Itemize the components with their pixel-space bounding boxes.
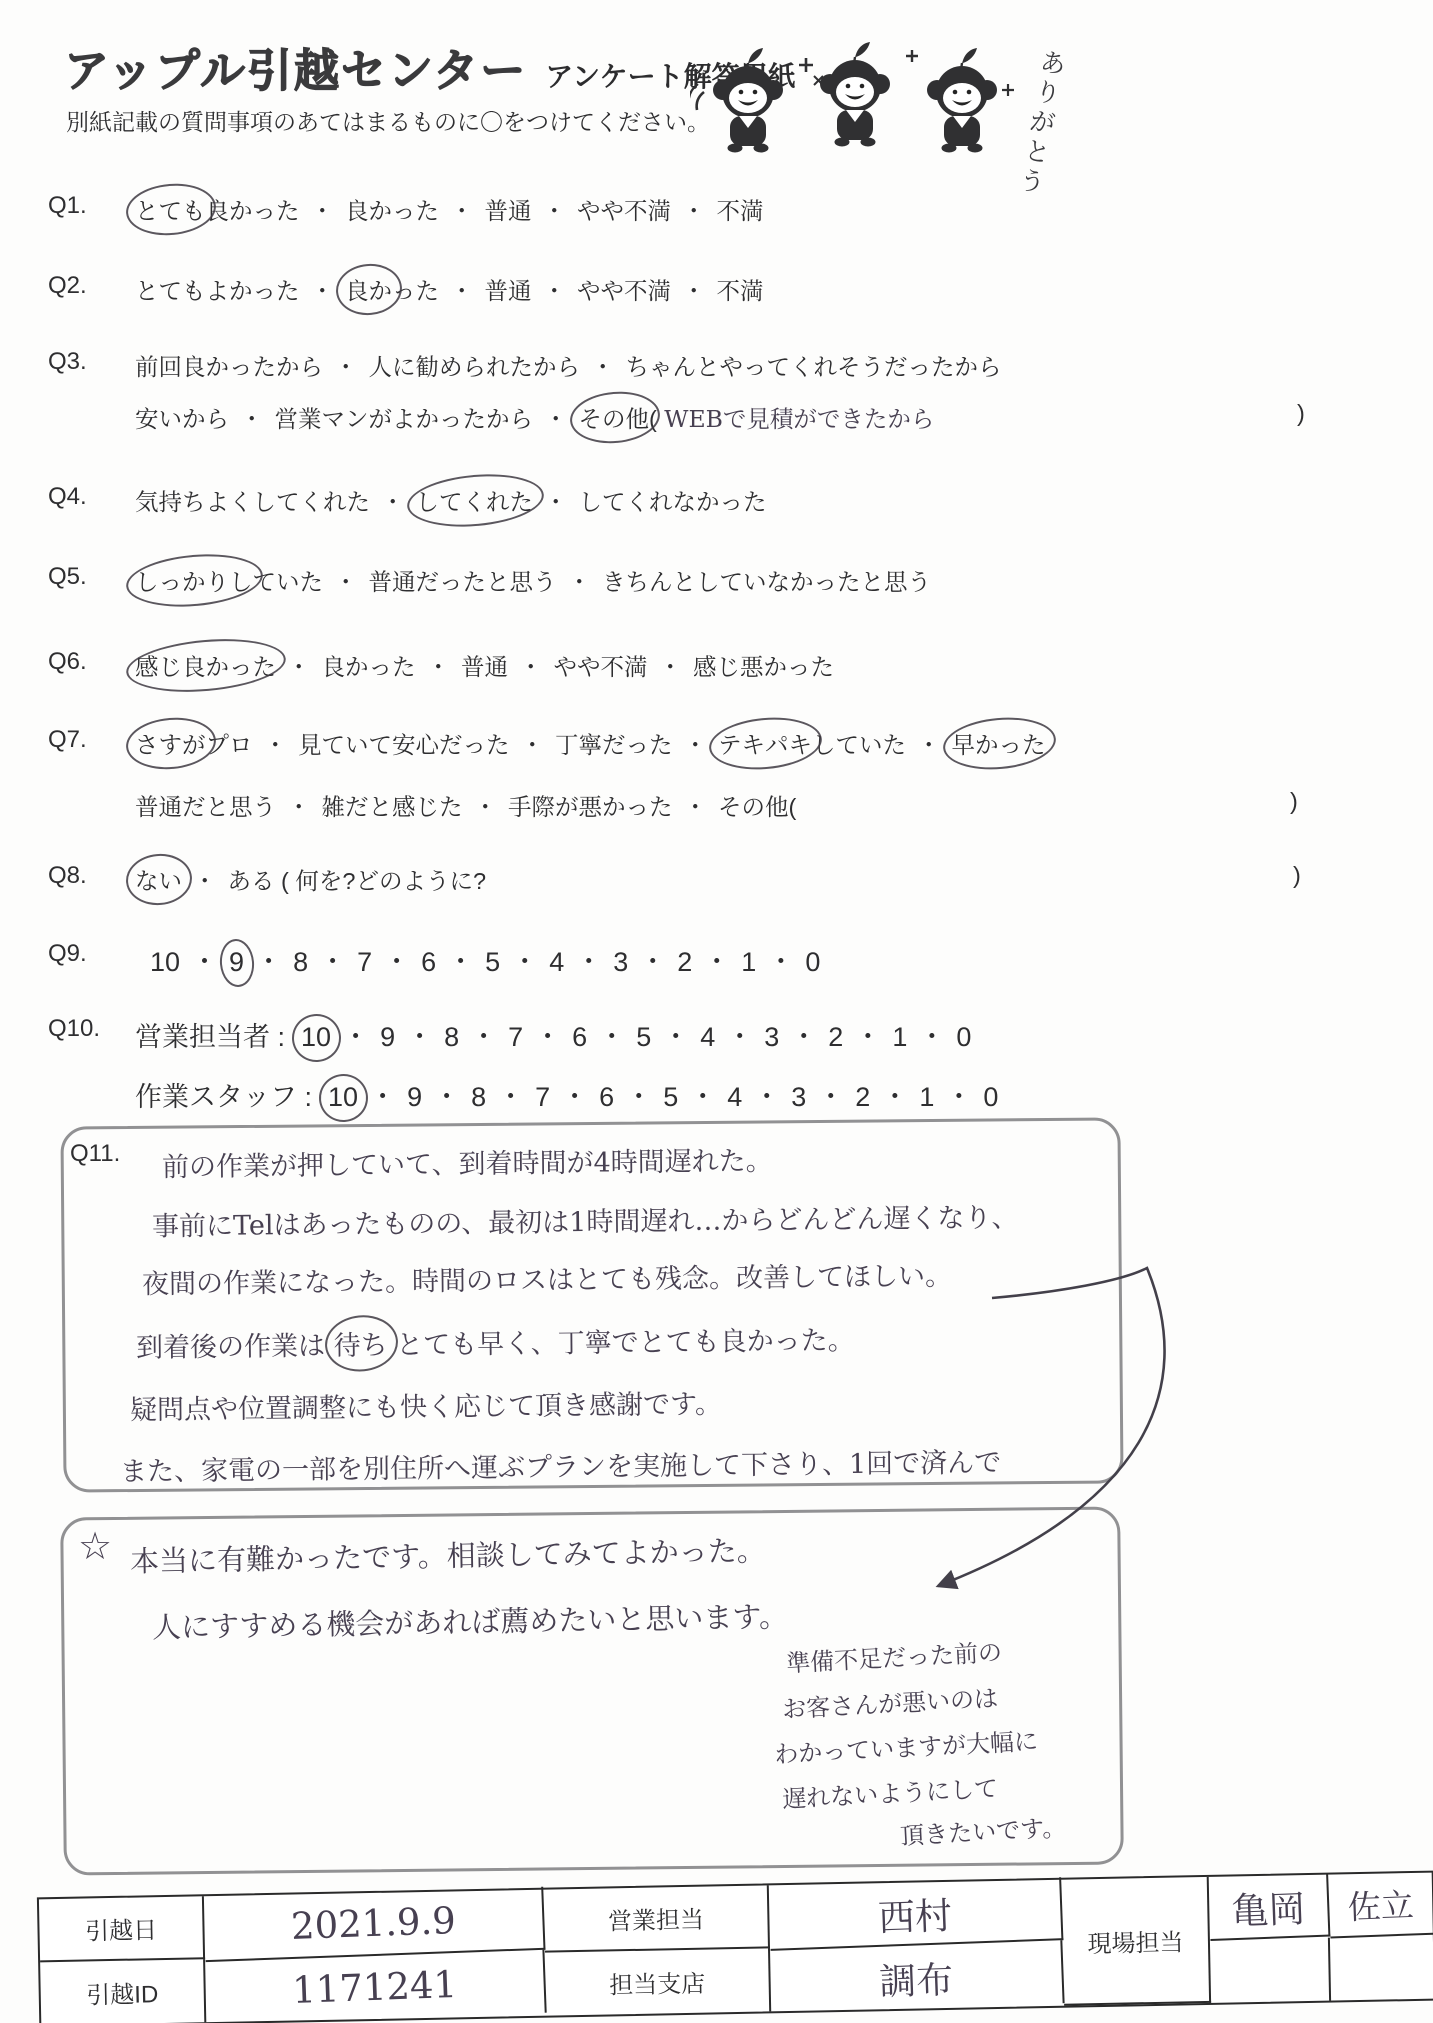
option-separator: ・ [659,654,683,680]
option-text: 丁寧だった [555,732,673,758]
option-separator: ・ [790,1022,817,1052]
option-text: 良かった [345,198,439,224]
option-text: 疑問点や位置調整にも快く応じて頂き感謝です。 [130,1389,722,1426]
option-prefix: 作業スタッフ : [135,1082,312,1112]
option-separator: ・ [369,1082,396,1112]
option-text: とても早く、丁寧でとても良かった。 [387,1325,854,1361]
option-separator: ・ [311,198,335,224]
sheet: アップル引越センターアンケート解答用紙 別紙記載の質問事項のあてはまるものに〇を… [0,0,1433,2023]
summary-table: 引越日 2021.9.9 営業担当 西村 現場担当 亀岡 佐立 引越ID 117… [37,1871,1433,2023]
question-label: Q6. [48,648,87,676]
option-text: 0 [805,947,820,977]
option-text: 7 [535,1082,550,1112]
option-separator: ・ [474,794,498,820]
option-text: 0 [983,1082,998,1112]
option-text: 4 [700,1022,715,1052]
option-text: 4 [549,947,564,977]
option-separator: ・ [334,569,358,595]
option-text: ちゃんとやってくれそうだったから [626,354,1002,380]
move-id-label: 引越ID [40,1959,206,2023]
question-line: しっかりしていた・普通だったと思う・きちんとしていなかったと思う [135,563,931,597]
option-separator: ・ [334,354,358,380]
option-separator: ・ [427,654,451,680]
option-separator: ・ [591,354,615,380]
circled-option: さすが [135,726,206,760]
option-separator: ・ [682,198,706,224]
option-text: やや不満 [577,278,671,304]
option-separator: ・ [240,406,264,432]
option-text: 人に勧められたから [369,354,581,380]
option-text: 見ていて安心だった [298,732,510,758]
option-text: 安いから [135,406,229,432]
circled-option: 9 [229,947,244,978]
option-separator: ・ [534,1022,561,1052]
circled-option: テキパキ [718,726,812,760]
option-separator: ・ [918,1022,945,1052]
instruction-text: 別紙記載の質問事項のあてはまるものに〇をつけてください。 [66,104,710,137]
circled-option: 早かった [952,726,1046,760]
option-separator: ・ [753,1082,780,1112]
option-separator: ・ [684,732,708,758]
option-text: 前の作業が押していて、到着時間が4時間遅れた。 [162,1146,773,1183]
option-separator: ・ [287,654,311,680]
circled-option: 10 [328,1082,358,1113]
option-text: ある ( 何を?どのように? [228,868,487,894]
option-separator: ・ [544,489,568,515]
option-text: ていた [253,569,324,595]
option-text: 9 [380,1022,395,1052]
question-label: Q8. [48,862,87,890]
option-separator: ・ [561,1082,588,1112]
question-label: Q10. [48,1015,100,1043]
option-text: 0 [956,1022,971,1052]
option-text: していた [812,732,906,758]
option-text: 2 [677,947,692,977]
circled-option: 待ち [333,1323,387,1363]
question-label: Q2. [48,272,87,300]
option-text: 2 [828,1022,843,1052]
question-line: さすがプロ・見ていて安心だった・丁寧だった・テキパキしていた・早かった [135,726,1046,760]
question-line: 作業スタッフ :10・9・8・7・6・5・4・3・2・1・0 [135,1075,998,1114]
question-line: 普通だと思う・雑だと感じた・手際が悪かった・その他() [135,788,796,822]
option-separator: ・ [447,947,474,977]
option-separator: ・ [193,868,217,894]
option-separator: ・ [917,732,941,758]
option-text: その他( [718,794,796,820]
option-separator: ・ [726,1022,753,1052]
option-text: WEBで見積ができたから [657,405,935,433]
move-date-label: 引越日 [39,1896,205,1962]
option-text: 1 [919,1082,934,1112]
question-label: Q7. [48,726,87,754]
question-label: Q3. [48,348,87,376]
option-text: 普通 [461,654,508,680]
option-separator: ・ [544,406,568,432]
option-text: 3 [613,947,628,977]
star-icon: ☆ [78,1524,112,1568]
q11-handwritten-line: 前の作業が押していて、到着時間が4時間遅れた。 [162,1139,773,1184]
option-text: 感じ悪かった [693,654,834,680]
option-text: 普通だと思う [135,794,276,820]
option-separator: ・ [854,1022,881,1052]
question-label: Q1. [48,192,87,220]
option-separator: ・ [689,1082,716,1112]
option-separator: ・ [881,1082,908,1112]
option-text: 2 [855,1082,870,1112]
question-label: Q9. [48,940,87,968]
option-separator: ・ [703,947,730,977]
circled-option: 感じ良かった [135,648,276,682]
option-separator: ・ [767,947,794,977]
option-separator: ・ [598,1022,625,1052]
monkey-mascots-illustration [690,40,1020,190]
option-separator: ・ [255,947,282,977]
option-text: 6 [599,1082,614,1112]
option-text: 7 [357,947,372,977]
option-separator: ・ [817,1082,844,1112]
closing-paren: ) [1290,788,1298,815]
question-line: 安いから・営業マンがよかったから・その他( WEBで見積ができたから) [135,400,934,434]
option-separator: ・ [543,198,567,224]
option-text: 3 [791,1082,806,1112]
circled-option: 良か [345,272,392,306]
site-rep-value-2: 佐立 [1328,1872,1433,1939]
option-text: 8 [444,1022,459,1052]
option-separator: ・ [191,947,218,977]
option-text: してくれなかった [579,489,767,515]
option-separator: ・ [287,794,311,820]
option-separator: ・ [521,732,545,758]
sparkle-icon [799,58,813,72]
option-text: やや不満 [577,198,671,224]
option-separator: ・ [662,1022,689,1052]
sales-rep-value: 西村 [768,1877,1063,1951]
question-line: とてもよかった・良かった・普通・やや不満・不満 [135,272,764,306]
sparkle-icon [906,50,918,62]
q11-label: Q11. [70,1140,120,1168]
site-rep-extra-cell-1 [1210,1938,1331,2003]
option-text: 5 [636,1022,651,1052]
option-separator: ・ [381,489,405,515]
option-separator: ・ [639,947,666,977]
option-text: 普通 [485,278,532,304]
option-text: きちんとしていなかったと思う [602,569,931,595]
option-text: 雑だと感じた [322,794,463,820]
closing-paren: ) [1297,400,1305,427]
sparkle-icon [1002,84,1014,96]
closing-paren: ) [1293,862,1301,889]
option-separator: ・ [311,278,335,304]
option-text: 7 [508,1022,523,1052]
circled-option: しっかりし [135,563,253,597]
brand-title: アップル引越センター [64,45,527,96]
option-text: 8 [293,947,308,977]
question-line: 感じ良かった・良かった・普通・やや不満・感じ悪かった [135,648,834,682]
question-line: 前回良かったから・人に勧められたから・ちゃんとやってくれそうだったから [135,348,1002,382]
q11-handwritten-line: 到着後の作業は 待ち とても早く、丁寧でとても良かった。 [136,1318,855,1365]
option-text: 10 [150,947,180,977]
option-text: 9 [407,1082,422,1112]
branch-value: 調布 [770,1940,1065,2014]
option-text: 5 [485,947,500,977]
branch-label: 担当支店 [545,1948,771,2015]
option-text: 良かった [322,654,416,680]
circled-option: その他 [579,400,650,434]
option-separator: ・ [450,198,474,224]
option-separator: ・ [433,1082,460,1112]
option-text: 4 [727,1082,742,1112]
site-rep-label: 現場担当 [1062,1877,1211,2006]
circled-option: とても [135,192,206,226]
option-separator: ・ [497,1082,524,1112]
option-separator: ・ [682,278,706,304]
option-text: 6 [421,947,436,977]
option-text: 不満 [717,278,764,304]
option-separator: ・ [342,1022,369,1052]
option-separator: ・ [684,794,708,820]
site-rep-extra-cell-2 [1330,1936,1433,2001]
option-separator: ・ [383,947,410,977]
option-text: 不満 [717,198,764,224]
q11-handwritten-line: 疑問点や位置調整にも快く応じて頂き感謝です。 [130,1382,722,1427]
option-separator: ・ [470,1022,497,1052]
option-text: 良かった [206,198,300,224]
option-text: 1 [892,1022,907,1052]
question-line: 営業担当者 :10・9・8・7・6・5・4・3・2・1・0 [135,1015,971,1054]
option-prefix: 営業担当者 : [135,1022,285,1052]
option-separator: ・ [406,1022,433,1052]
option-text: 普通 [485,198,532,224]
question-line: ない・ある ( 何を?どのように?) [135,862,486,896]
circled-option: してくれた [416,483,534,517]
circled-option: ない [135,862,182,896]
option-separator: ・ [568,569,592,595]
question-label: Q4. [48,483,87,511]
site-rep-value-1: 亀岡 [1208,1874,1330,1941]
question-label: Q5. [48,563,87,591]
circled-option: 10 [301,1022,331,1053]
option-separator: ・ [450,278,474,304]
option-separator: ・ [945,1082,972,1112]
option-separator: ・ [319,947,346,977]
option-text: 6 [572,1022,587,1052]
option-text: 1 [741,947,756,977]
option-text: 3 [764,1022,779,1052]
option-separator: ・ [625,1082,652,1112]
option-text: 営業マンがよかったから [275,406,534,432]
question-line: とても良かった・良かった・普通・やや不満・不満 [135,192,764,226]
option-separator: ・ [264,732,288,758]
option-text: 手際が悪かった [508,794,673,820]
move-id-value: 1171241 [205,1950,547,2023]
question-line: 10・9・8・7・6・5・4・3・2・1・0 [150,940,820,979]
sales-rep-label: 営業担当 [544,1885,770,1952]
option-text: とてもよかった [135,278,300,304]
option-text: やや不満 [554,654,648,680]
option-text: 到着後の作業は [136,1331,334,1364]
option-text: 5 [663,1082,678,1112]
option-text: 8 [471,1082,486,1112]
option-text: 普通だったと思う [369,569,557,595]
option-separator: ・ [511,947,538,977]
option-separator: ・ [519,654,543,680]
option-text: 前回良かったから [135,354,323,380]
option-separator: ・ [575,947,602,977]
form-header: アップル引越センターアンケート解答用紙 [64,34,796,99]
option-separator: ・ [543,278,567,304]
option-text: 気持ちよくしてくれた [135,489,370,515]
question-line: 気持ちよくしてくれた・してくれた・してくれなかった [135,483,767,517]
